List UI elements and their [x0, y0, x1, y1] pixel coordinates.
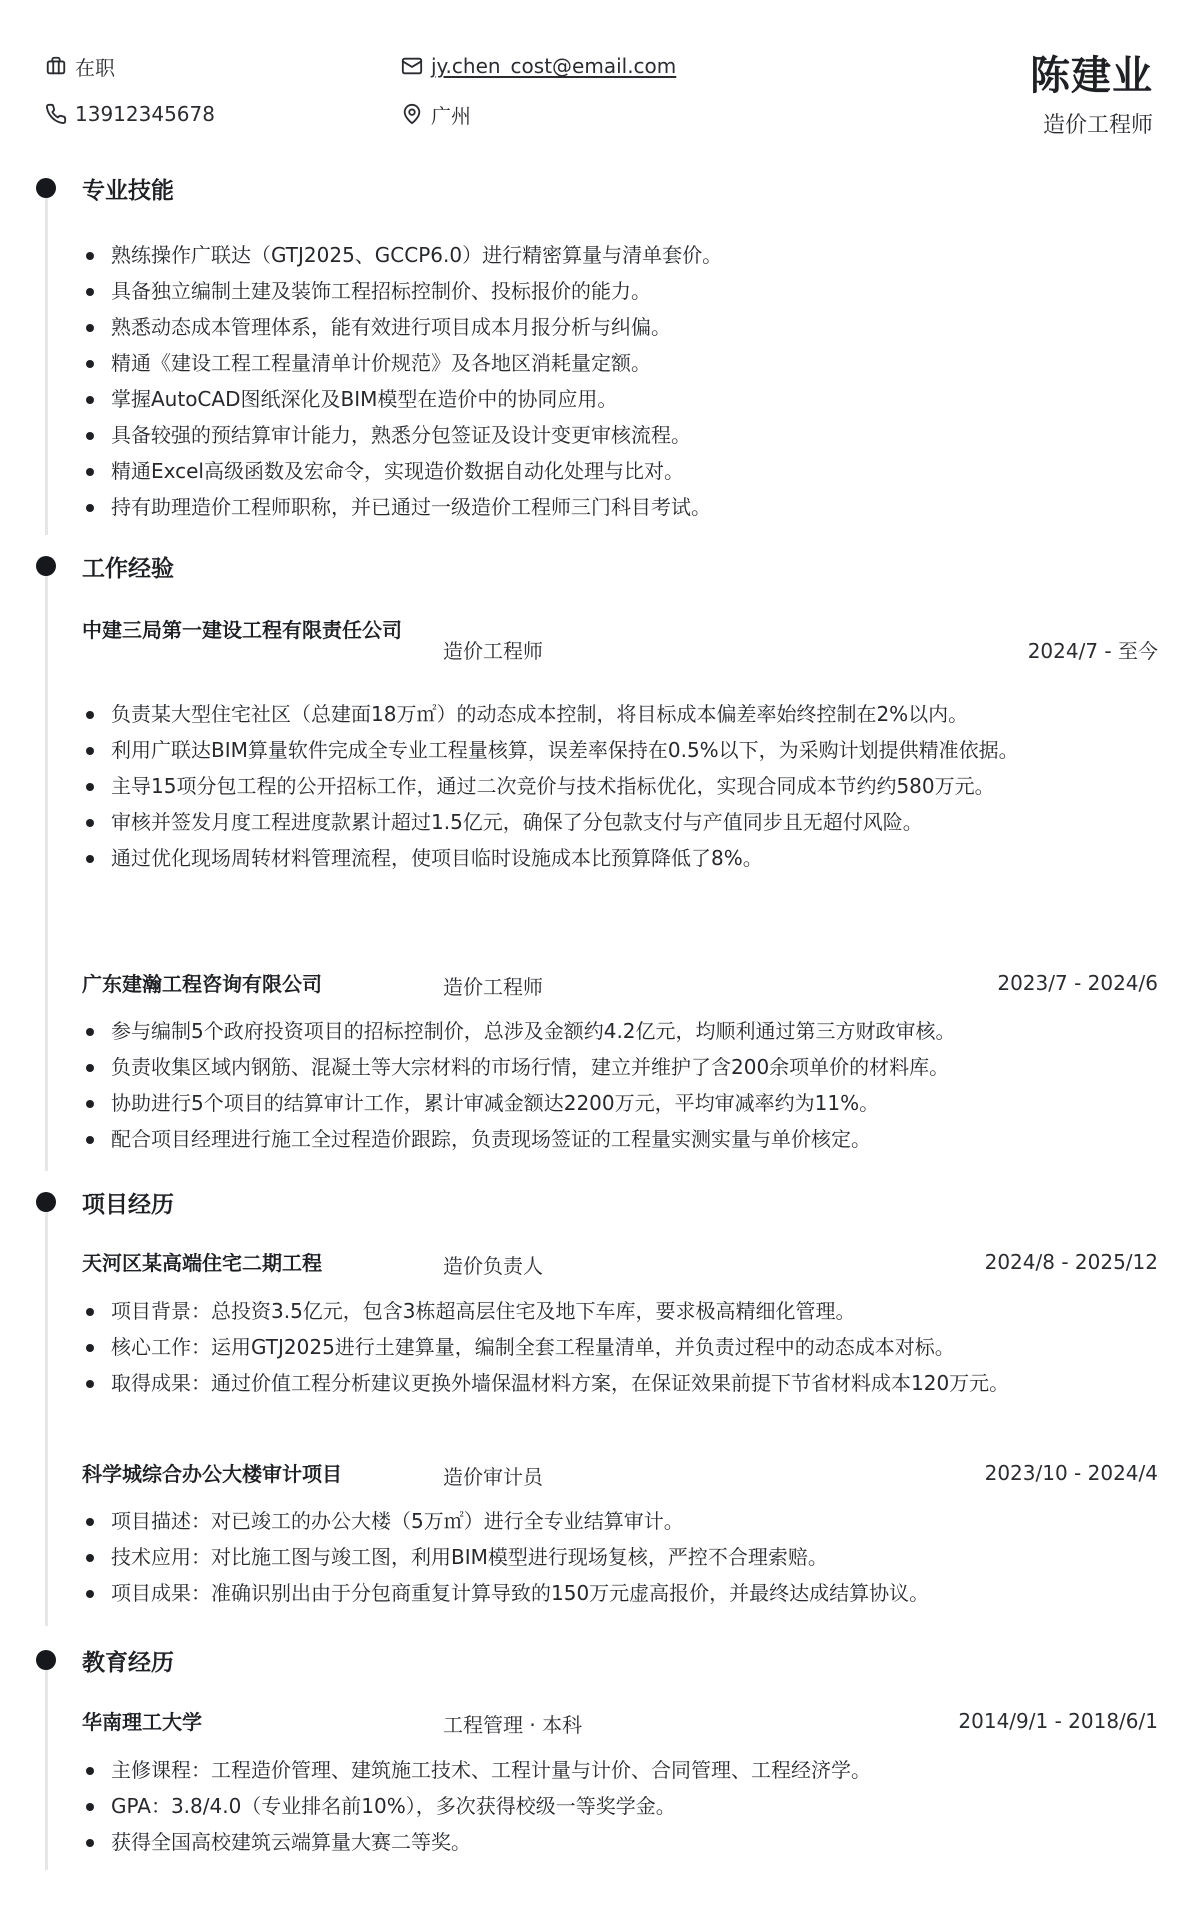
list-item: 技术应用：对比施工图与竣工图，利用BIM模型进行现场复核，严控不合理索赔。: [82, 1539, 1162, 1575]
contact-location: 广州: [401, 99, 471, 129]
list-item: 获得全国高校建筑云端算量大赛二等奖。: [82, 1824, 1162, 1860]
list-item: 取得成果：通过价值工程分析建议更换外墙保温材料方案，在保证效果前提下节省材料成本…: [82, 1365, 1162, 1401]
job-role: 造价工程师: [443, 971, 543, 1000]
list-item: 项目背景：总投资3.5亿元，包含3栋超高层住宅及地下车库，要求极高精细化管理。: [82, 1293, 1162, 1329]
skills-list: 熟练操作广联达（GTJ2025、GCCP6.0）进行精密算量与清单套价。 具备独…: [82, 237, 1162, 525]
company-name: 广东建瀚工程咨询有限公司: [82, 966, 427, 1002]
timeline-dot: [36, 556, 56, 576]
date-range: 2023/7 - 2024/6: [997, 971, 1158, 995]
mail-icon: [401, 55, 423, 77]
list-item: 精通《建设工程工程量清单计价规范》及各地区消耗量定额。: [82, 345, 1162, 381]
date-range: 2023/10 - 2024/4: [985, 1461, 1158, 1485]
list-item: 持有助理造价工程师职称，并已通过一级造价工程师三门科目考试。: [82, 489, 1162, 525]
list-item: 具备独立编制土建及装饰工程招标控制价、投标报价的能力。: [82, 273, 1162, 309]
timeline-rail: [45, 1204, 48, 1626]
education-bullets: 主修课程：工程造价管理、建筑施工技术、工程计量与计价、合同管理、工程经济学。 G…: [82, 1752, 1162, 1860]
list-item: 精通Excel高级函数及宏命令，实现造价数据自动化处理与比对。: [82, 453, 1162, 489]
contact-phone: 13912345678: [45, 99, 215, 129]
list-item: 主导15项分包工程的公开招标工作，通过二次竞价与技术指标优化，实现合同成本节约约…: [82, 768, 1162, 804]
timeline-rail: [45, 568, 48, 1171]
project-role: 造价负责人: [443, 1250, 543, 1279]
phone-icon: [45, 103, 67, 125]
project-entry-header: 科学城综合办公大楼审计项目 造价审计员 2023/10 - 2024/4: [82, 1456, 1158, 1496]
status-text: 在职: [75, 52, 115, 81]
list-item: 参与编制5个政府投资项目的招标控制价，总涉及金额约4.2亿元，均顺利通过第三方财…: [82, 1013, 1162, 1049]
project-name: 天河区某高端住宅二期工程: [82, 1245, 427, 1281]
date-range: 2014/9/1 - 2018/6/1: [958, 1709, 1158, 1733]
project-bullets: 项目描述：对已竣工的办公大楼（5万㎡）进行全专业结算审计。 技术应用：对比施工图…: [82, 1503, 1162, 1611]
contact-email: jy.chen_cost@email.com: [401, 51, 676, 81]
list-item: 审核并签发月度工程进度款累计超过1.5亿元，确保了分包款支付与产值同步且无超付风…: [82, 804, 1162, 840]
section-title: 项目经历: [82, 1186, 174, 1219]
list-item: 具备较强的预结算审计能力，熟悉分包签证及设计变更审核流程。: [82, 417, 1162, 453]
contact-status: 在职: [45, 51, 115, 81]
list-item: 负责收集区域内钢筋、混凝土等大宗材料的市场行情，建立并维护了含200余项单价的材…: [82, 1049, 1162, 1085]
list-item: 配合项目经理进行施工全过程造价跟踪，负责现场签证的工程量实测实量与单价核定。: [82, 1121, 1162, 1157]
timeline-dot: [36, 1192, 56, 1212]
company-name: 中建三局第一建设工程有限责任公司: [82, 612, 427, 648]
list-item: 主修课程：工程造价管理、建筑施工技术、工程计量与计价、合同管理、工程经济学。: [82, 1752, 1162, 1788]
date-range: 2024/8 - 2025/12: [985, 1250, 1158, 1274]
work-entry-header: 广东建瀚工程咨询有限公司 造价工程师 2023/7 - 2024/6: [82, 966, 1158, 1006]
section-title: 教育经历: [82, 1644, 174, 1677]
list-item: 负责某大型住宅社区（总建面18万㎡）的动态成本控制，将目标成本偏差率始终控制在2…: [82, 696, 1162, 732]
project-bullets: 项目背景：总投资3.5亿元，包含3栋超高层住宅及地下车库，要求极高精细化管理。 …: [82, 1293, 1162, 1401]
section-title: 专业技能: [82, 172, 174, 205]
map-pin-icon: [401, 103, 423, 125]
timeline-dot: [36, 178, 56, 198]
section-title: 工作经验: [82, 550, 174, 583]
timeline-dot: [36, 1650, 56, 1670]
list-item: 项目描述：对已竣工的办公大楼（5万㎡）进行全专业结算审计。: [82, 1503, 1162, 1539]
school-name: 华南理工大学: [82, 1704, 427, 1740]
work-entry-header: 中建三局第一建设工程有限责任公司 造价工程师 2024/7 - 至今: [82, 612, 1158, 652]
phone-text: 13912345678: [75, 102, 215, 126]
list-item: 协助进行5个项目的结算审计工作，累计审减金额达2200万元，平均审减率约为11%…: [82, 1085, 1162, 1121]
timeline-rail: [45, 190, 48, 535]
list-item: 熟悉动态成本管理体系，能有效进行项目成本月报分析与纠偏。: [82, 309, 1162, 345]
education-entry-header: 华南理工大学 工程管理 · 本科 2014/9/1 - 2018/6/1: [82, 1704, 1158, 1744]
candidate-title: 造价工程师: [1043, 108, 1153, 139]
major-degree: 工程管理 · 本科: [443, 1709, 582, 1738]
list-item: 通过优化现场周转材料管理流程，使项目临时设施成本比预算降低了8%。: [82, 840, 1162, 876]
project-name: 科学城综合办公大楼审计项目: [82, 1456, 427, 1492]
list-item: 核心工作：运用GTJ2025进行土建算量，编制全套工程量清单，并负责过程中的动态…: [82, 1329, 1162, 1365]
list-item: 利用广联达BIM算量软件完成全专业工程量核算，误差率保持在0.5%以下，为采购计…: [82, 732, 1162, 768]
project-entry-header: 天河区某高端住宅二期工程 造价负责人 2024/8 - 2025/12: [82, 1245, 1158, 1285]
list-item: 项目成果：准确识别出由于分包商重复计算导致的150万元虚高报价，并最终达成结算协…: [82, 1575, 1162, 1611]
date-range: 2024/7 - 至今: [1028, 635, 1158, 664]
briefcase-icon: [45, 55, 67, 77]
location-text: 广州: [431, 100, 471, 129]
list-item: 熟练操作广联达（GTJ2025、GCCP6.0）进行精密算量与清单套价。: [82, 237, 1162, 273]
list-item: 掌握AutoCAD图纸深化及BIM模型在造价中的协同应用。: [82, 381, 1162, 417]
project-role: 造价审计员: [443, 1461, 543, 1490]
work-bullets: 负责某大型住宅社区（总建面18万㎡）的动态成本控制，将目标成本偏差率始终控制在2…: [82, 696, 1162, 876]
email-link[interactable]: jy.chen_cost@email.com: [431, 54, 676, 78]
timeline-rail: [45, 1662, 48, 1870]
resume-header: 在职 13912345678 jy.chen_cost@email.com 广州…: [0, 0, 1191, 150]
work-bullets: 参与编制5个政府投资项目的招标控制价，总涉及金额约4.2亿元，均顺利通过第三方财…: [82, 1013, 1162, 1157]
candidate-name: 陈建业: [1030, 44, 1153, 101]
list-item: GPA：3.8/4.0（专业排名前10%），多次获得校级一等奖学金。: [82, 1788, 1162, 1824]
job-role: 造价工程师: [443, 635, 543, 664]
